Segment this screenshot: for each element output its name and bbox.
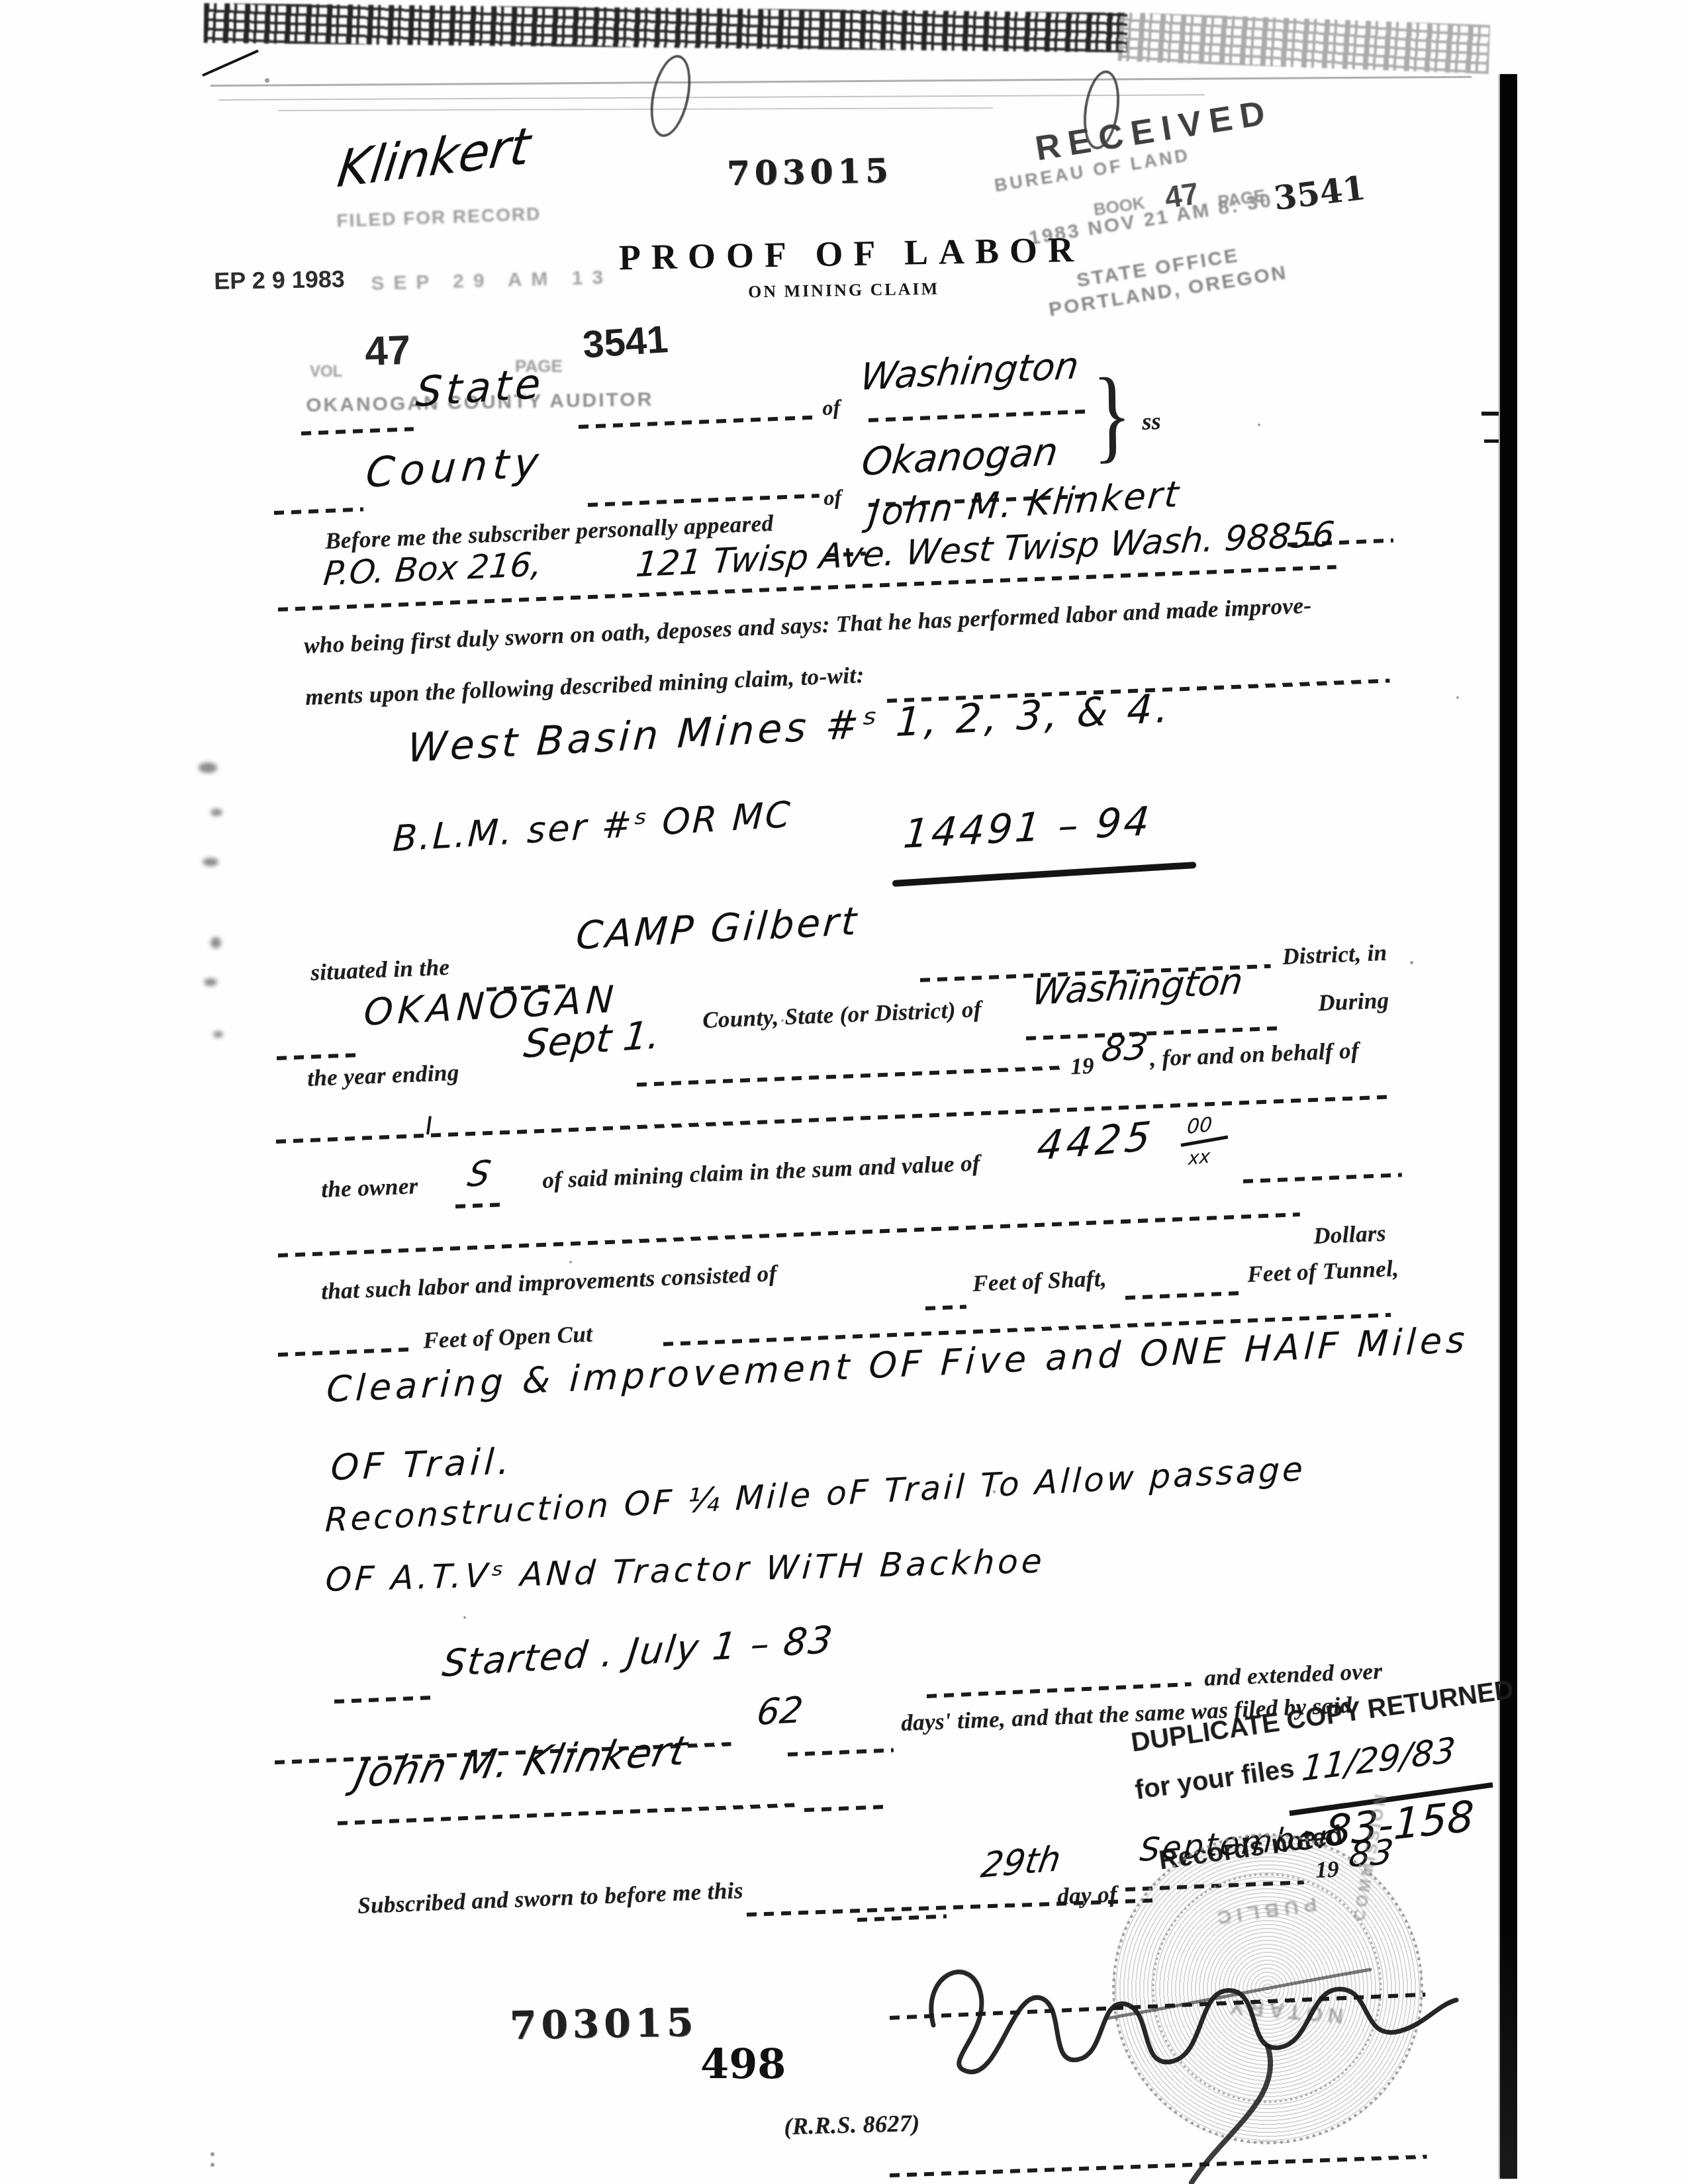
ink-speck [1258,424,1260,426]
filing-date-stamp: EP 2 9 1983 [214,265,345,295]
amount-handwritten: 4425 [1035,1113,1157,1170]
document-number-bottom: 703015 [509,2000,698,2048]
fill-line [927,1682,1192,1698]
form-subtitle: ON MINING CLAIM [748,279,940,302]
fill-line [588,494,820,507]
state-label-handwritten: State [414,359,546,416]
fill-line [278,1212,1300,1257]
serial-underline [892,862,1197,887]
of-label: of [823,485,843,510]
records-noted-value-handwritten: 83-158 [1324,1792,1475,1857]
state-value-handwritten: Washington [858,344,1081,399]
ink-speck [1456,696,1459,699]
owner-s-handwritten: S [465,1154,494,1195]
ink-speck [1410,961,1413,964]
duplicate-copy-stamp-line2: for your files [1133,1754,1296,1805]
page-number-stamp: 3541 [581,317,669,367]
feet-of-open-cut-text: Feet of Open Cut [422,1321,593,1354]
district-in-text: District, in [1282,940,1387,970]
klinkert-top-signature: Klinkert [334,115,534,199]
scratch-line [278,107,993,111]
state2-handwritten: Washington [1030,960,1245,1013]
fill-line [301,427,414,435]
document-number-top: 703015 [727,151,894,193]
county-state-of-text: County, State (or District) of [702,996,982,1034]
scan-noise-band [204,3,1128,53]
subscribed-text: Subscribed and sworn to before me this [357,1878,743,1919]
day-value-handwritten: 29th [978,1839,1064,1886]
margin-smudge [213,1031,223,1038]
fill-line [579,416,817,429]
fill-line [278,1347,414,1357]
district-value-handwritten: CAMP Gilbert [575,898,861,958]
dollars-text: Dollars [1313,1220,1386,1250]
scratch-line [218,94,1205,101]
vol-label-stamp: VOL [310,363,342,381]
ink-speck [569,1261,572,1263]
form-reference: (R.R.S. 8627) [784,2109,920,2140]
form-title: PROOF OF LABOR [619,229,1085,278]
scan-edge-stripe [1500,74,1517,2179]
fill-line [455,1203,505,1208]
blm-serial-number-handwritten: 14491 – 94 [902,798,1154,858]
page-number: 498 [700,2040,786,2088]
owner-rest-text: of said mining claim in the sum and valu… [541,1150,980,1194]
margin-smudge [203,858,218,866]
duplicate-date-handwritten: 11/29/83 [1300,1730,1457,1790]
fill-line [804,1805,890,1812]
fill-line [637,1066,1060,1087]
scratch-line [211,76,1472,87]
days-value-handwritten: 62 [755,1689,805,1733]
edge-tick [1484,439,1499,443]
fill-line [274,508,363,515]
ink-speck [265,78,269,83]
year-ending-text: the year ending [306,1060,459,1092]
extended-over-text: and extended over [1203,1658,1383,1692]
ss-brace: } [1092,362,1132,467]
stray-pen-tick [426,1116,432,1134]
of-label: of [822,395,841,420]
owner-text: the owner [320,1173,418,1203]
book-number-stamp: 47 [364,327,411,375]
county-value-handwritten: Okanogan [859,429,1060,484]
amount-cents-handwritten: 00 [1186,1113,1213,1139]
year-value-handwritten: 83 [1099,1026,1151,1070]
consisted-text: that such labor and improvements consist… [320,1260,777,1305]
fill-line [788,1749,894,1756]
work-description-line4: OF A.T.Vˢ ANd Tractor WiTH Backhoe [324,1541,1046,1599]
nineteen-printed: 19 [1070,1053,1094,1080]
amount-xx-handwritten: xx [1188,1145,1211,1169]
ink-speck [211,2163,214,2167]
year-ending-value-handwritten: Sept 1. [522,1012,663,1067]
margin-smudge [204,978,217,986]
received-stamp-page-value: 3541 [1272,168,1368,218]
situated-text: situated in the [310,954,450,986]
behalf-text: , for and on behalf of [1149,1037,1359,1072]
feet-of-shaft-text: Feet of Shaft, [972,1265,1107,1297]
fill-line [277,1053,356,1060]
scan-noise-band-right [1118,12,1490,73]
ink-speck [463,1616,466,1619]
fill-line [868,410,1087,422]
county-label-handwritten: County [364,437,545,497]
claimant-signature: John M. Klinkert [351,1727,692,1797]
pen-mark-top-left [202,50,259,77]
sworn-statement-line2: ments upon the following described minin… [305,662,865,711]
started-date-handwritten: Started . July 1 – 83 [440,1618,836,1686]
fill-line [1026,1026,1278,1040]
feet-of-tunnel-text: Feet of Tunnel, [1246,1255,1399,1288]
fill-line [1243,1173,1402,1183]
edge-tick [1481,412,1499,416]
fill-line [925,1305,966,1310]
work-description-line2: OF Trail. [330,1440,514,1488]
during-text: During [1317,987,1389,1017]
fill-line [334,1696,437,1704]
fill-line [1125,1291,1239,1300]
fill-line [338,1803,801,1825]
filing-date-stamp-faint: SEP 29 AM 13 [371,266,613,295]
ss-label: ss [1141,407,1161,435]
margin-smudge [199,762,217,773]
notary-signature [907,1906,1489,2184]
blm-serial-prefix-handwritten: B.L.M. ser #ˢ OR MC [392,794,793,860]
filed-for-record-stamp: FILED FOR RECORD [336,203,541,232]
margin-smudge [211,937,221,948]
scanned-document-page: Klinkert 703015 RECEIVED BUREAU OF LAND … [0,0,1688,2184]
margin-smudge [211,809,222,816]
binder-ring-mark [644,52,698,141]
ink-speck [211,2152,214,2156]
